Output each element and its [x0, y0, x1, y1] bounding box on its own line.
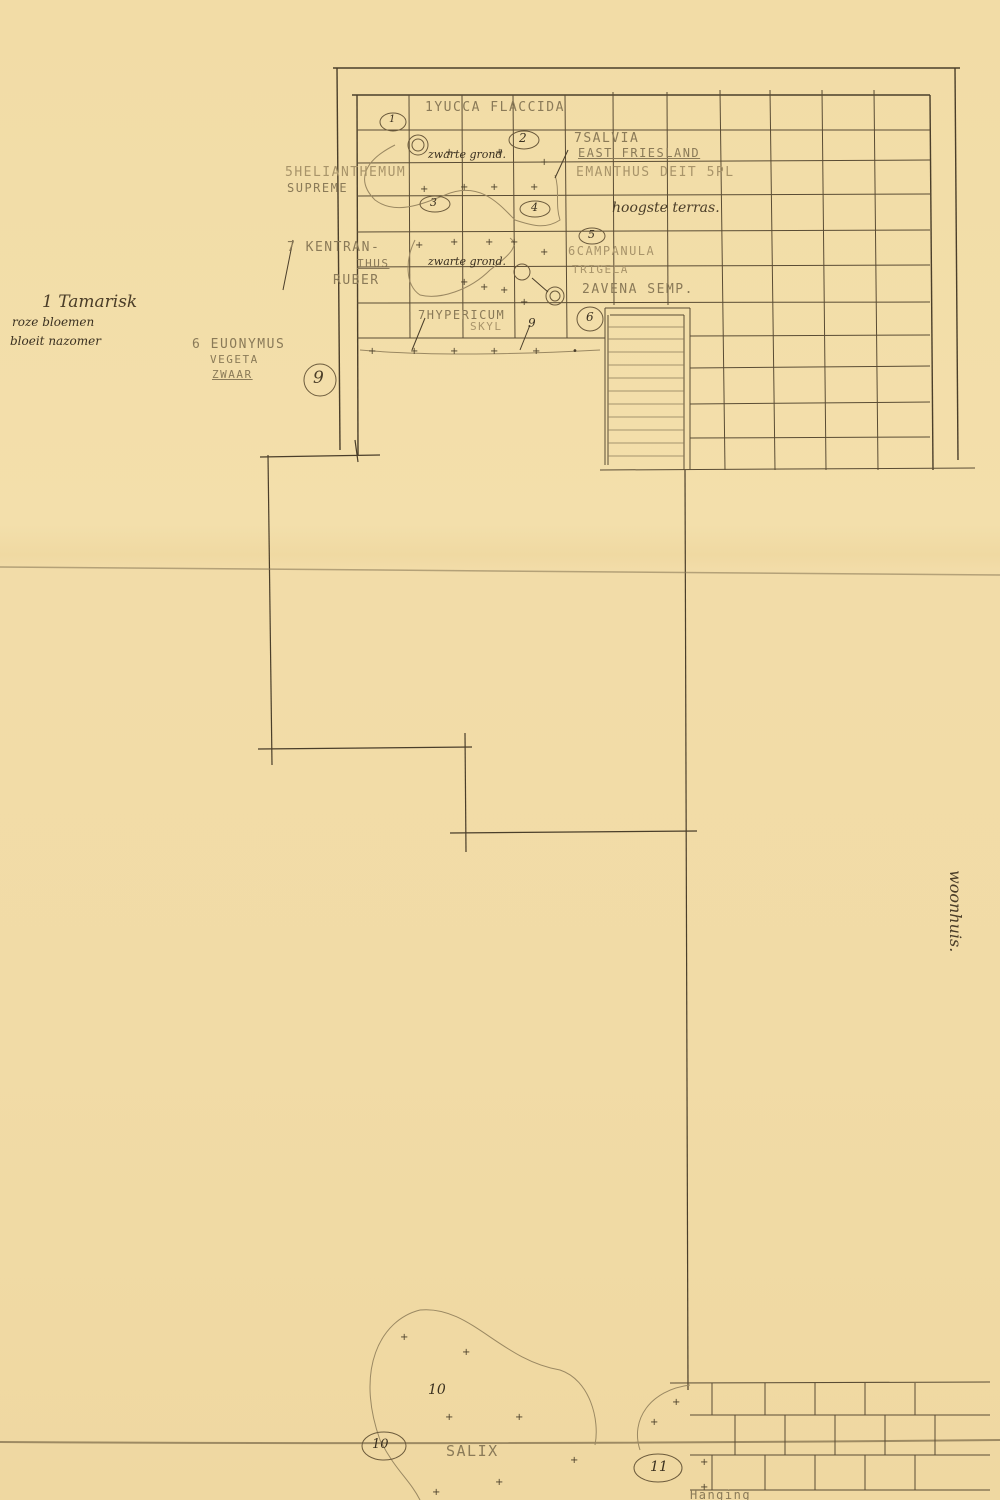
svg-text:+: + [520, 297, 528, 308]
label-salvia: 7SALVIA [574, 131, 639, 146]
label-zwarte-grond-middle: zwarte grond. [428, 255, 506, 268]
label-helianthemum: 5HELIANTHEMUM [285, 165, 406, 180]
marker-6: 6 [586, 310, 594, 324]
svg-text:+: + [510, 237, 518, 248]
svg-text:+: + [480, 282, 488, 293]
svg-text:•: • [572, 346, 578, 357]
label-salvia-variety: EAST FRIESLAND [578, 146, 700, 160]
label-euonymus-note: ZWAAR [212, 368, 253, 381]
fold-line-2 [0, 1440, 1000, 1443]
marker-11: 11 [650, 1459, 668, 1475]
plan-lines [333, 68, 960, 470]
label-yucca: 1YUCCA FLACCIDA [425, 100, 565, 115]
label-salix: SALIX [446, 1442, 499, 1460]
label-bottom-partial: Hanging [690, 1488, 751, 1500]
svg-text:+: + [490, 182, 498, 193]
svg-text:+: + [460, 277, 468, 288]
label-hoogste-terras: hoogste terras. [612, 200, 720, 216]
svg-text:+: + [540, 247, 548, 258]
label-woonhuis: woonhuis. [946, 870, 965, 952]
label-euonymus: 6 EUONYMUS [192, 337, 285, 352]
svg-text:+: + [532, 346, 540, 357]
svg-text:+: + [450, 346, 458, 357]
marker-9-hypericum: 9 [528, 316, 536, 330]
marker-10-top: 10 [428, 1382, 446, 1398]
label-campanula: 6CAMPANULA [568, 244, 655, 258]
svg-text:+: + [450, 237, 458, 248]
svg-text:+: + [400, 1332, 408, 1343]
svg-text:+: + [540, 157, 548, 168]
fold-line-1 [0, 567, 1000, 575]
label-tamarisk: 1 Tamarisk [42, 292, 137, 312]
marker-9-euonymus: 9 [313, 368, 324, 388]
marker-10-bottom: 10 [372, 1437, 389, 1452]
label-tamarisk-bloom: bloeit nazomer [10, 334, 101, 348]
svg-text:+: + [420, 184, 428, 195]
garden-plan-drawing: +++ ++++ +++++ ++++ +++++• ++++ +++ ++++ [0, 0, 1000, 1500]
label-anthemis: EMANTHUS DEIT 5PL [576, 165, 735, 180]
marker-4: 4 [531, 201, 538, 214]
bottom-paving-grid [670, 1382, 990, 1490]
svg-text:+: + [410, 346, 418, 357]
label-campanula-variety: TRIGELA [572, 263, 629, 276]
stair-treads [608, 327, 684, 456]
label-kentranthus: 7 KENTRAN- [287, 240, 380, 255]
svg-text:+: + [650, 1417, 658, 1428]
svg-text:+: + [495, 1477, 503, 1488]
plant-crosses: +++ ++++ +++++ ++++ +++++• ++++ +++ ++++ [368, 147, 708, 1498]
svg-text:+: + [460, 182, 468, 193]
label-tamarisk-color: roze bloemen [12, 315, 94, 329]
svg-text:+: + [490, 346, 498, 357]
label-avena: 2AVENA SEMP. [582, 282, 694, 297]
svg-text:+: + [415, 240, 423, 251]
marker-5: 5 [588, 228, 595, 241]
label-kentranthus-2: THUS [357, 257, 390, 270]
svg-text:+: + [515, 1412, 523, 1423]
svg-text:+: + [700, 1457, 708, 1468]
svg-text:+: + [432, 1487, 440, 1498]
label-kentranthus-ruber: RUBER [333, 273, 380, 288]
marker-1: 1 [389, 114, 395, 125]
marker-3: 3 [430, 196, 437, 209]
svg-text:+: + [485, 237, 493, 248]
svg-text:+: + [462, 1347, 470, 1358]
label-zwarte-grond-top: zwarte grond. [428, 148, 506, 161]
marker-2: 2 [519, 131, 527, 145]
svg-text:+: + [445, 1412, 453, 1423]
label-euonymus-variety: VEGETA [210, 353, 259, 366]
svg-text:+: + [672, 1397, 680, 1408]
svg-text:+: + [530, 182, 538, 193]
lower-outline [258, 440, 697, 1390]
label-hypericum-variety: SKYL [470, 320, 503, 333]
svg-text:+: + [570, 1455, 578, 1466]
svg-text:+: + [368, 346, 376, 357]
svg-text:+: + [500, 285, 508, 296]
label-helianthemum-variety: SUPREME [287, 181, 348, 195]
